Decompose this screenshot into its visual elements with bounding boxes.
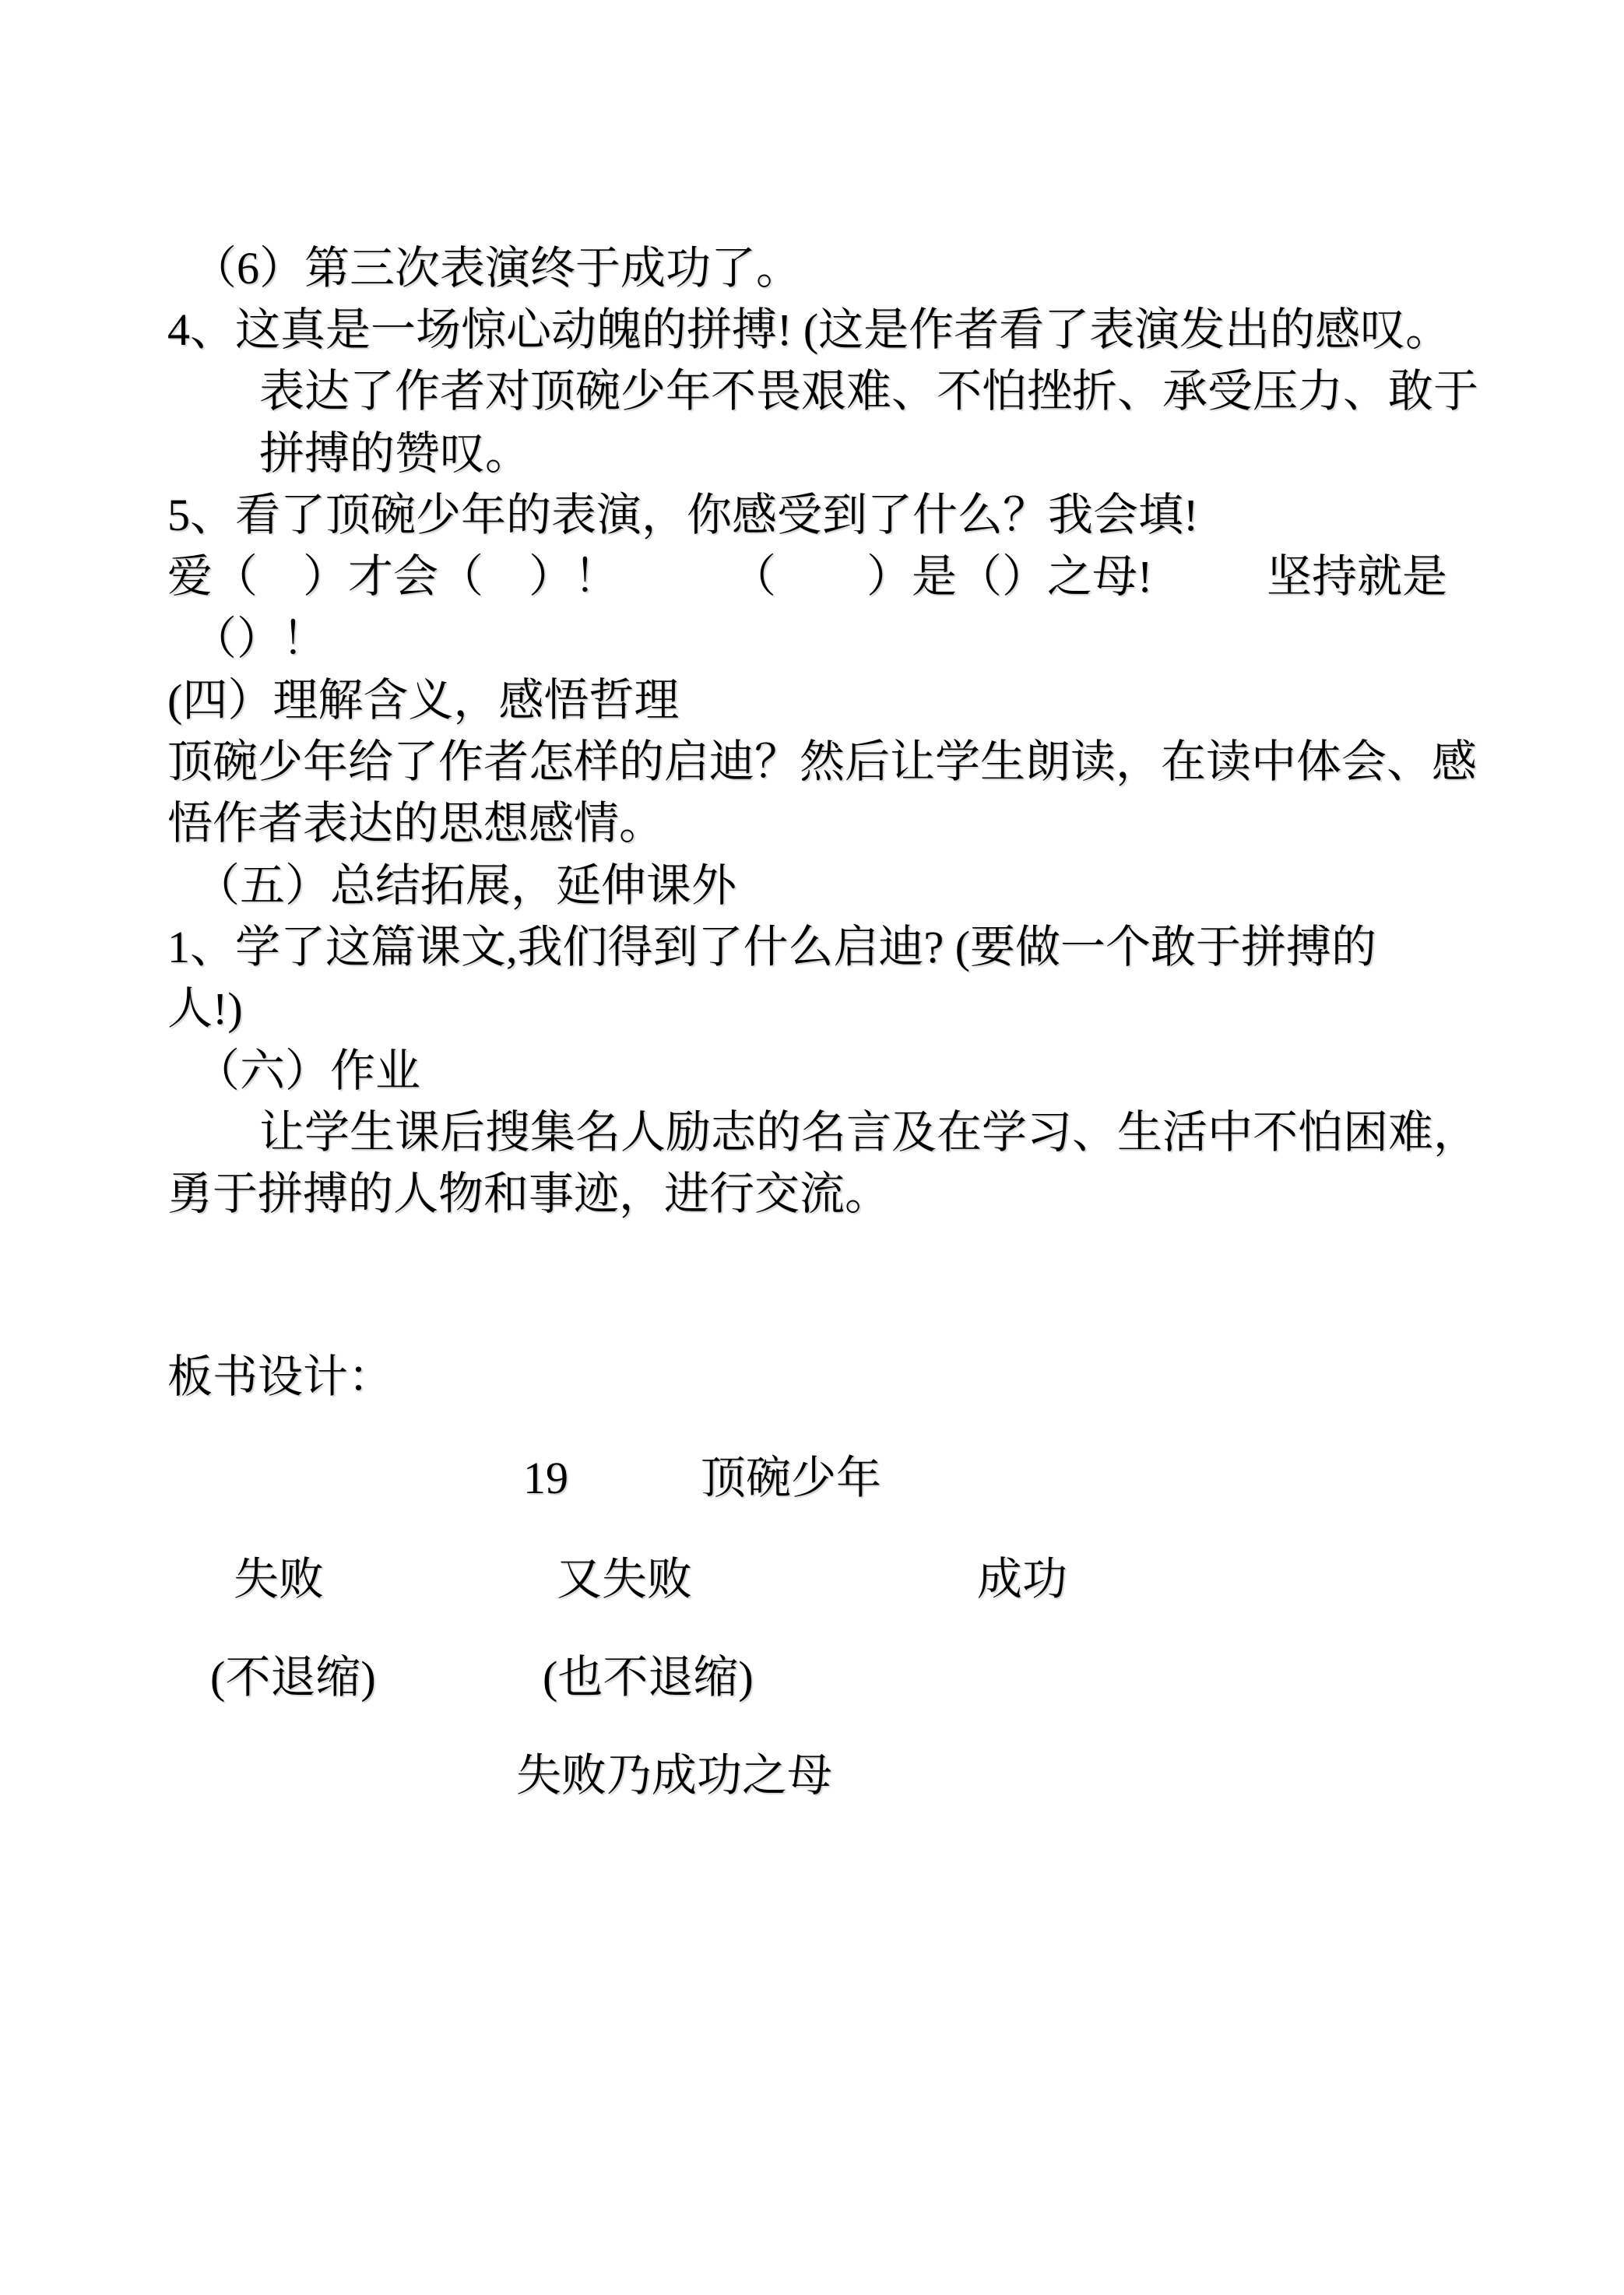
body-line-3: 表达了作者对顶碗少年不畏艰难、不怕挫折、承受压力、敢于: [259, 367, 1478, 416]
board-lesson-title: 顶碗少年: [701, 1454, 881, 1502]
body-line-9: 顶碗少年给了作者怎样的启迪？然后让学生朗读，在读中体会、感: [167, 738, 1477, 786]
body-line-2: 4、这真是一场惊心动魄的拼搏! (这是作者看了表演发出的感叹。: [167, 306, 1450, 354]
fill-blank-segment-1: 爱（ ）才会（ ）！: [167, 553, 619, 601]
body-line-14: （六）作业: [195, 1047, 420, 1095]
body-line-1: （6）第三次表演终于成功了。: [192, 244, 801, 293]
document-page: （6）第三次表演终于成功了。 4、这真是一场惊心动魄的拼搏! (这是作者看了表演…: [0, 0, 1624, 2295]
board-step-failure: 失败: [234, 1555, 324, 1604]
body-line-16: 勇于拼搏的人物和事迹，进行交流。: [167, 1170, 890, 1218]
body-line-13: 人!): [167, 985, 243, 1033]
board-step-success: 成功: [977, 1555, 1067, 1604]
fill-blank-segment-3: 坚持就是: [1267, 553, 1447, 601]
board-note-no-retreat: (不退缩): [210, 1654, 376, 1702]
body-line-11: （五）总结拓展，延伸课外: [195, 862, 736, 910]
body-line-5: 5、看了顶碗少年的表演，你感受到了什么？我会填!: [167, 491, 1198, 539]
body-line-15: 让学生课后搜集名人励志的名言及在学习、生活中不怕困难，: [259, 1109, 1478, 1157]
board-note-also-no-retreat: (也不退缩): [543, 1654, 754, 1702]
fill-blank-segment-2: （ ）是（）之母!: [731, 553, 1152, 601]
body-line-8: (四）理解含义，感悟哲理: [167, 677, 679, 725]
fill-blank-segment-4: （）！: [192, 615, 327, 663]
board-motto: 失败乃成功之母: [516, 1752, 832, 1800]
body-line-10: 悟作者表达的思想感情。: [167, 800, 664, 848]
board-design-label: 板书设计：: [167, 1353, 393, 1401]
board-lesson-number: 19: [523, 1454, 568, 1502]
body-line-4: 拼搏的赞叹。: [259, 430, 530, 478]
body-line-12: 1、学了这篇课文,我们得到了什么启迪? (要做一个敢于拼搏的: [167, 923, 1376, 972]
board-step-failure-again: 又失败: [557, 1555, 692, 1604]
